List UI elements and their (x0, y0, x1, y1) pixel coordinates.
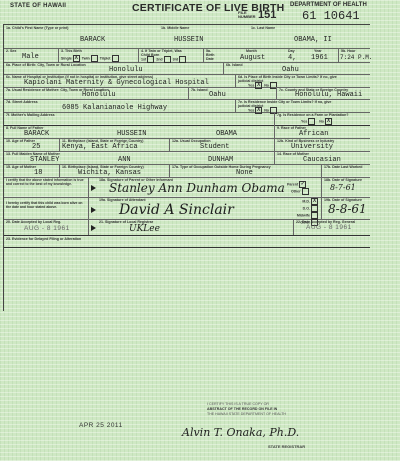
statement-line: THE HAWAII STATE DEPARTMENT OF HEALTH (207, 412, 286, 417)
do-label: D.O. (303, 206, 310, 210)
midwife-label: Midwife (297, 213, 310, 217)
row-attendant: I hereby certify that this child was bor… (4, 197, 370, 220)
state-registrar-signature: Alvin T. Onaka, Ph.D. (182, 426, 299, 439)
field-label: 17a. Type of Occupation Outside Home Dur… (172, 165, 271, 169)
mother-race: Caucasian (303, 156, 341, 164)
child-first-name: BARACK (80, 36, 105, 44)
field-label: 5b. Hour (341, 49, 356, 53)
father-first-name: BARACK (24, 130, 49, 138)
field-18a: 18a. Signature of Parent or Other Inform… (89, 177, 322, 197)
row-street-address: 7d. Street Address 6085 Kalanianaole Hig… (4, 99, 370, 113)
checkbox-parent[interactable]: ✓ (299, 181, 306, 188)
checkbox-do[interactable] (311, 205, 318, 212)
field-12a: 12a. Usual Occupation Student (170, 138, 275, 151)
field-label: 7g. Is Residence on a Farm or Plantation… (277, 113, 349, 117)
no-label: No (319, 119, 324, 123)
mother-middle-name: ANN (118, 156, 131, 164)
local-registrar-signature: UKLee (129, 224, 160, 234)
field-7c: 7c. County and State or Foreign Country … (277, 87, 370, 99)
field-6d: 6d. Is Place of Birth Inside City or Tow… (236, 74, 370, 87)
field-2: 2. Sex Male (4, 48, 59, 62)
state-registrar-title: STATE REGISTRAR (268, 444, 305, 449)
father-business: University (291, 143, 333, 151)
informant-signature: Stanley Ann Dunham Obama (109, 181, 285, 195)
field-9: 9. Race of Father African (275, 125, 370, 138)
row-registrar: 20. Date Accepted by Local Reg. AUG - 8 … (4, 219, 370, 236)
field-label: 7d. Street Address (6, 100, 38, 104)
field-label: 23. Evidence for Delayed Filing or Alter… (6, 237, 81, 241)
residence-island: Oahu (209, 91, 226, 99)
father-race: African (299, 130, 328, 138)
field-8: 8. Full Name of Father BARACK HUSSEIN OB… (4, 125, 275, 138)
row-informant: I certify that the above stated informat… (4, 177, 370, 198)
row-mother-details: 15. Age of Mother 18 16. Birthplace (Isl… (4, 164, 370, 178)
row-sex-birth: 2. Sex Male 3. This Birth SingleX Twin T… (4, 48, 370, 63)
mother-birthplace: Wichita, Kansas (78, 169, 141, 177)
field-14: 14. Race of Mother Caucasian (275, 151, 370, 164)
residence-city: Honolulu (82, 91, 116, 99)
row-hospital: 6c. Name of Hospital or Institution (If … (4, 74, 370, 88)
field-1c: 1c. Last Name OBAMA, II (249, 25, 370, 48)
checkbox-triplet[interactable] (112, 55, 119, 62)
mother-age: 18 (34, 169, 42, 177)
checkbox-single[interactable]: X (73, 55, 80, 62)
file-number-label: FILE NUMBER (238, 11, 258, 19)
field-1a: 1a. Child's First Name (Type or print) B… (4, 25, 159, 48)
birth-hour: 7:24 P.M. (340, 54, 372, 61)
field-label: 6a. Place of Birth: City, Town or Rural … (6, 63, 86, 67)
field-18b: 18b. Date of Signature 8-7-61 (322, 177, 370, 197)
informant-sign-date: 8-7-61 (330, 183, 356, 192)
street-address: 6085 Kalanianaole Highway (62, 104, 167, 112)
hospital-name: Kapiolani Maternity & Gynecological Hosp… (24, 79, 209, 87)
field-4: 4. If Twin or Triplet, Was Child Born 1s… (139, 48, 204, 62)
file-number: 151 (258, 9, 276, 21)
row-mailing-address: 7f. Mother's Mailing Address 7g. Is Resi… (4, 112, 370, 126)
field-label: 6b. Island (226, 63, 243, 67)
field-13: 13. Full Maiden Name of Mother STANLEY A… (4, 151, 275, 164)
certify-statement: I hereby certify that this child was bor… (6, 201, 86, 210)
field-15: 15. Age of Mother 18 (4, 164, 60, 177)
year-label: Year (314, 49, 322, 53)
department-number: 61 10641 (302, 9, 360, 23)
row-child-name: 1a. Child's First Name (Type or print) B… (4, 25, 370, 49)
field-17a: 17a. Type of Occupation Outside Home Dur… (170, 164, 322, 177)
checkbox-other[interactable] (302, 188, 309, 195)
field-5a: 5a. Birth Date Month Day Year August 4, … (204, 48, 339, 62)
child-last-name: OBAMA, II (294, 36, 332, 44)
day-label: Day (288, 49, 295, 53)
month-label: Month (246, 49, 257, 53)
certify-statement: I certify that the above stated informat… (6, 178, 86, 187)
informant-certify: I certify that the above stated informat… (4, 177, 89, 197)
father-birthplace: Kenya, East Africa (62, 143, 138, 151)
attendant-signature: David A Sinclair (119, 202, 234, 218)
parent-label: Parent (287, 182, 298, 186)
row-mother-name: 13. Full Maiden Name of Mother STANLEY A… (4, 151, 370, 165)
arrow-icon (91, 207, 96, 213)
father-last-name: OBAMA (216, 130, 237, 138)
field-label: 3. This Birth (61, 49, 82, 53)
field-label: 7b. Island (191, 88, 208, 92)
field-16: 16. Birthplace (Island, State or Foreign… (60, 164, 170, 177)
field-20: 20. Date Accepted by Local Reg. AUG - 8 … (4, 219, 89, 235)
birth-year: 1961 (311, 54, 328, 62)
checkbox-yes[interactable] (308, 118, 315, 125)
certificate-form: 1a. Child's First Name (Type or print) B… (3, 24, 370, 311)
other-label: Other (291, 189, 301, 193)
state-label: STATE OF HAWAII (10, 3, 66, 9)
field-21: 21. Signature of Local Registrar UKLee (89, 219, 294, 235)
checkbox-md[interactable]: X (311, 198, 318, 205)
field-7a: 7a. Usual Residence of Mother: City, Tow… (4, 87, 189, 99)
father-occupation: Student (200, 143, 229, 151)
arrow-icon (91, 185, 96, 191)
field-12b: 12b. Kind of Business or Industry Univer… (275, 138, 370, 151)
residence-county-state: Honolulu, Hawaii (295, 91, 362, 99)
field-5b: 5b. Hour 7:24 P.M. (339, 48, 370, 62)
field-1b: 1b. Middle Name HUSSEIN (159, 25, 249, 48)
father-middle-name: HUSSEIN (117, 130, 146, 138)
checkbox-midwife[interactable] (311, 212, 318, 219)
field-label: 7f. Mother's Mailing Address (6, 113, 55, 117)
certification-date-stamp: APR 25 2011 (79, 422, 123, 429)
mother-last-name: DUNHAM (208, 156, 233, 164)
option-label: Twin (82, 56, 90, 60)
birth-city: Honolulu (109, 66, 143, 74)
option-label: 3rd (173, 57, 179, 61)
department-label: DEPARTMENT OF HEALTH (290, 2, 367, 8)
checkbox-twin[interactable] (91, 55, 98, 62)
field-label: 15. Age of Mother (6, 165, 36, 169)
field-17b: 17b. Date Last Worked (322, 164, 370, 177)
field-label: 2. Sex (6, 49, 16, 53)
row-father-details: 10. Age of Father 25 11. Birthplace (Isl… (4, 138, 370, 152)
field-22: 22. Date Accepted by Reg. General AUG - … (294, 219, 370, 235)
mother-first-name: STANLEY (30, 156, 59, 164)
field-3: 3. This Birth SingleX Twin Triplet (59, 48, 139, 62)
field-23: 23. Evidence for Delayed Filing or Alter… (4, 235, 370, 247)
option-label: Triplet (100, 56, 111, 60)
yes-label: Yes (301, 119, 307, 123)
field-7b: 7b. Island Oahu (189, 87, 277, 99)
field-6c: 6c. Name of Hospital or Institution (If … (4, 74, 236, 87)
local-reg-date-stamp: AUG - 8 1961 (24, 225, 70, 232)
field-11: 11. Birthplace (Island, State or Foreign… (60, 138, 170, 151)
field-7d: 7d. Street Address 6085 Kalanianaole Hig… (4, 99, 236, 112)
child-middle-name: HUSSEIN (174, 36, 203, 44)
md-label: M.D. (302, 199, 310, 203)
field-label: 20. Date Accepted by Local Reg. (6, 220, 61, 224)
certification-statement: I CERTIFY THIS IS A TRUE COPY OR ABSTRAC… (207, 402, 286, 417)
field-label: 1c. Last Name (251, 26, 275, 30)
row-evidence: 23. Evidence for Delayed Filing or Alter… (4, 235, 370, 248)
option-label: 1st (141, 57, 146, 61)
field-10: 10. Age of Father 25 (4, 138, 60, 151)
field-label: 5a. Birth Date (206, 49, 220, 61)
field-label: 1a. Child's First Name (Type or print) (6, 26, 69, 30)
sex-value: Male (22, 53, 39, 61)
checkbox-no[interactable]: X (325, 118, 332, 125)
field-label: 17b. Date Last Worked (324, 165, 362, 169)
field-label: 1b. Middle Name (161, 26, 189, 30)
attendant-sign-date: 8-8-61 (328, 202, 367, 216)
option-label: Single (61, 56, 72, 60)
reg-general-date-stamp: AUG - 8 1961 (306, 224, 352, 231)
row-father-name: 8. Full Name of Father BARACK HUSSEIN OB… (4, 125, 370, 139)
attendant-certify: I hereby certify that this child was bor… (4, 197, 89, 219)
option-label: 2nd (156, 57, 162, 61)
field-6b: 6b. Island Oahu (224, 62, 370, 74)
mother-occupation: None (236, 169, 253, 177)
birth-day: 4, (288, 54, 296, 62)
birth-island: Oahu (282, 66, 299, 74)
field-7e: 7e. Is Residence Inside City or Town Lim… (236, 99, 370, 112)
father-age: 25 (32, 143, 40, 151)
field-label: 18b. Date of Signature (324, 178, 362, 182)
field-7g: 7g. Is Residence on a Farm or Plantation… (275, 112, 370, 125)
field-label: 10. Age of Father (6, 139, 35, 143)
field-19a: 19a. Signature of Attendant David A Sinc… (89, 197, 322, 219)
field-6a: 6a. Place of Birth: City, Town or Rural … (4, 62, 224, 74)
arrow-icon (91, 225, 96, 231)
field-7f: 7f. Mother's Mailing Address (4, 112, 275, 125)
birth-month: August (240, 54, 265, 62)
field-19b: 19b. Date of Signature 8-8-61 (322, 197, 370, 219)
